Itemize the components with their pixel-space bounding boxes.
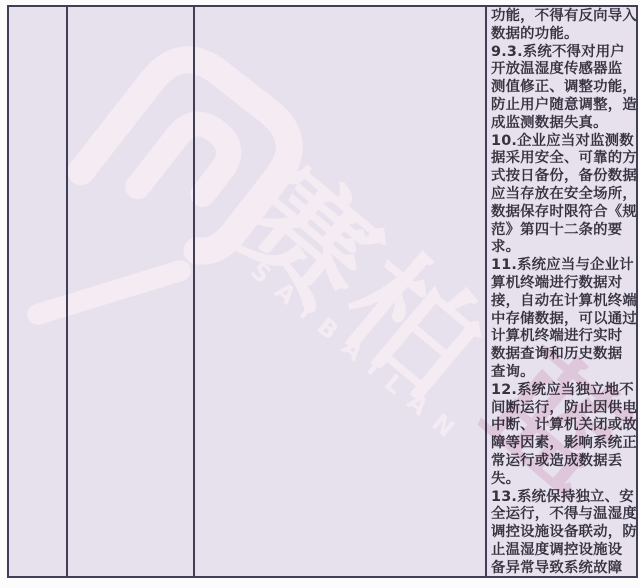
table-cell-col1	[9, 7, 66, 576]
table-cell-col3	[195, 7, 485, 576]
scanned-page: 赛柏 SAIBAILAN 功能，不得有反向导入 数据的功能。 9.3.系统不得对…	[0, 0, 640, 588]
column-divider-3	[485, 5, 487, 578]
table-cell-col2	[68, 7, 193, 576]
table-cell-col4-text: 功能，不得有反向导入 数据的功能。 9.3.系统不得对用户 开放温湿度传感器监 …	[491, 8, 637, 578]
